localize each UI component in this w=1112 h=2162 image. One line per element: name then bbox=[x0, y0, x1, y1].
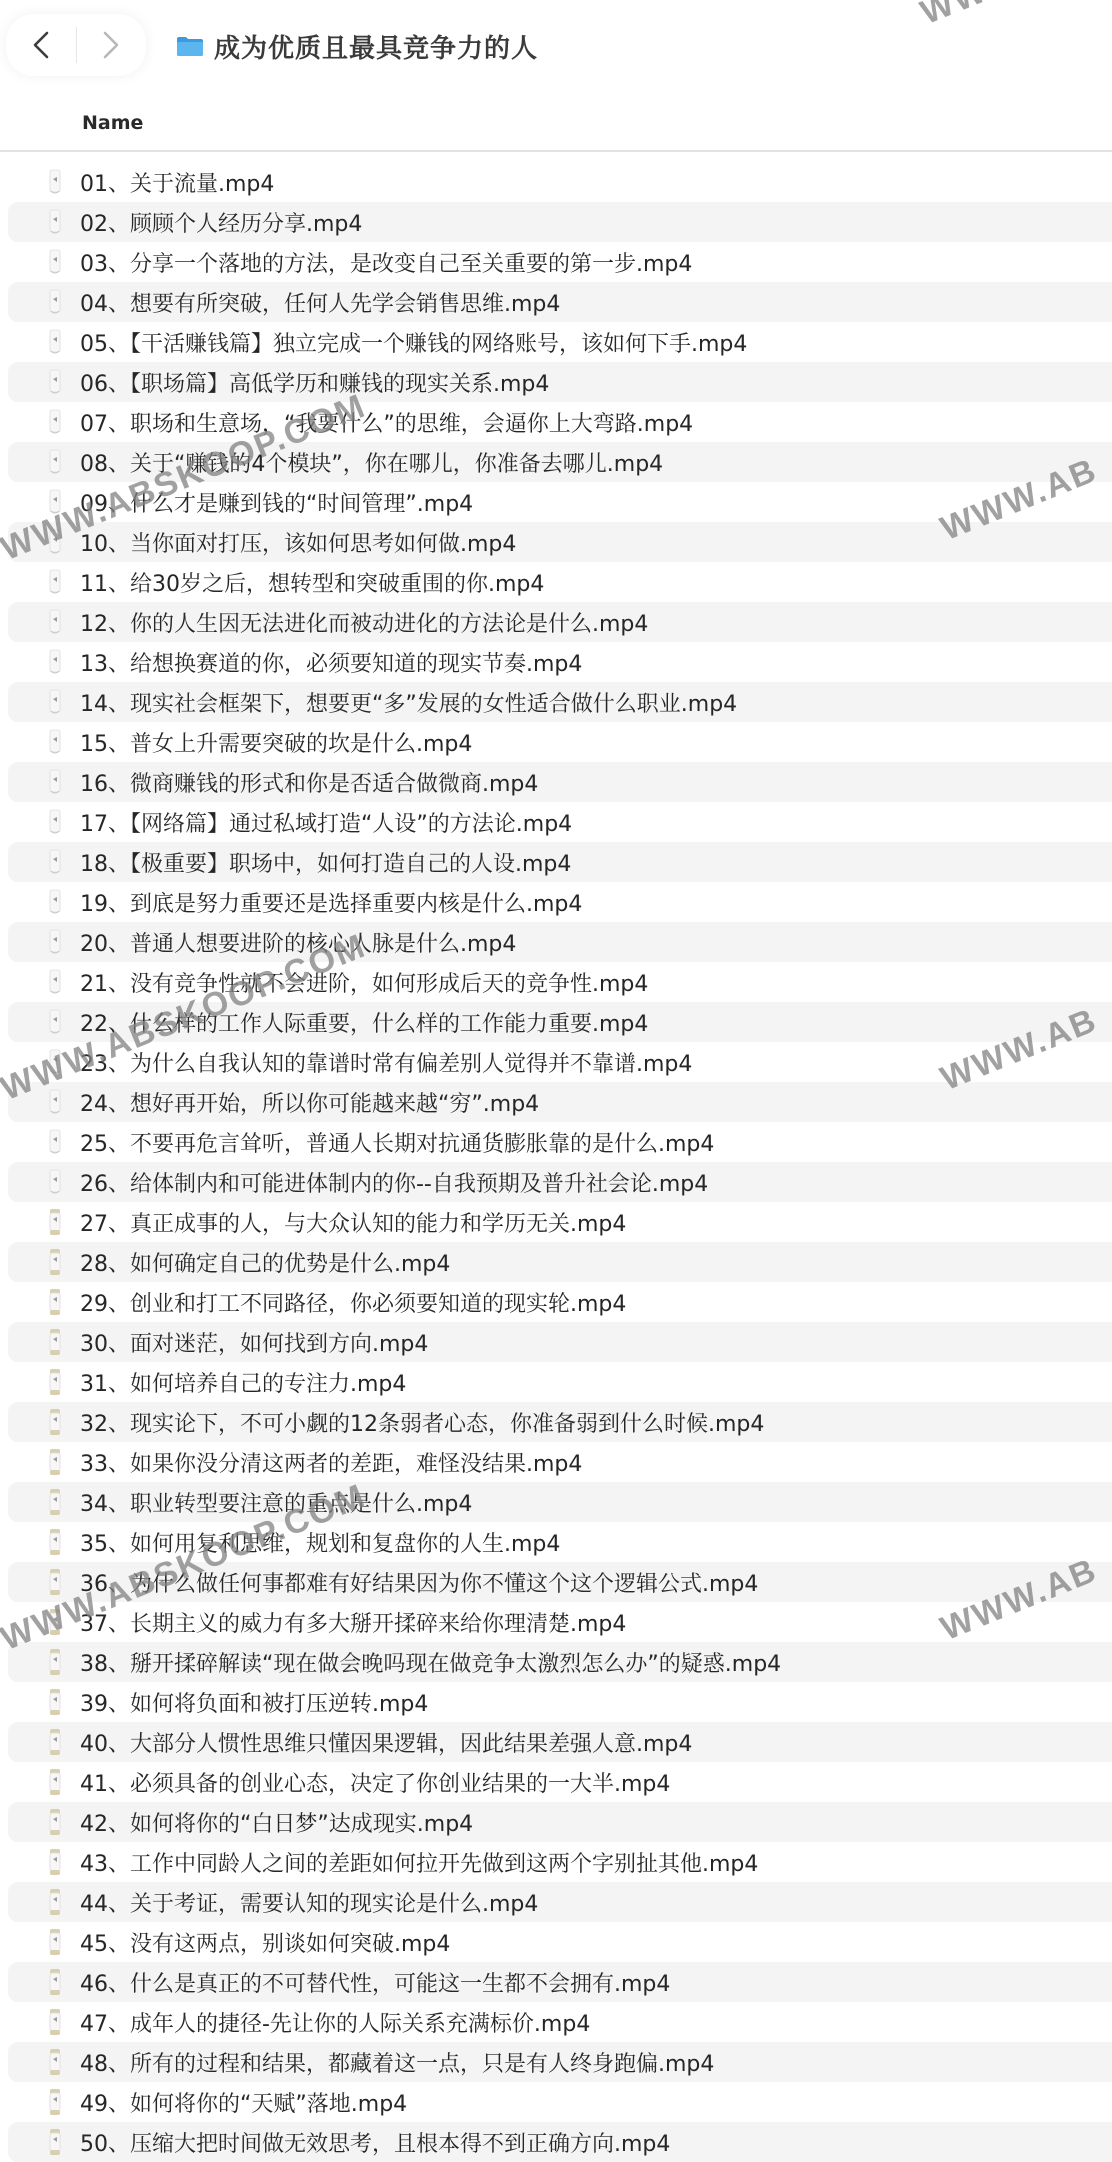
file-row[interactable]: 05、【干活赚钱篇】独立完成一个赚钱的网络账号，该如何下手.mp4 bbox=[8, 322, 1112, 362]
file-name: 11、给30岁之后，想转型和突破重围的你.mp4 bbox=[80, 567, 544, 598]
video-file-icon bbox=[48, 2009, 62, 2035]
file-row[interactable]: 47、成年人的捷径-先让你的人际关系充满标价.mp4 bbox=[8, 2002, 1112, 2042]
chevron-left-icon bbox=[30, 29, 52, 61]
chevron-right-icon bbox=[100, 29, 122, 61]
file-row[interactable]: 03、分享一个落地的方法，是改变自己至关重要的第一步.mp4 bbox=[8, 242, 1112, 282]
file-row[interactable]: 32、现实论下，不可小觑的12条弱者心态，你准备弱到什么时候.mp4 bbox=[8, 1402, 1112, 1442]
file-name: 02、顾顾个人经历分享.mp4 bbox=[80, 207, 362, 238]
file-name: 39、如何将负面和被打压逆转.mp4 bbox=[80, 1687, 428, 1718]
file-name: 45、没有这两点，别谈如何突破.mp4 bbox=[80, 1927, 450, 1958]
file-row[interactable]: 25、不要再危言耸听，普通人长期对抗通货膨胀靠的是什么.mp4 bbox=[8, 1122, 1112, 1162]
file-row[interactable]: 19、到底是努力重要还是选择重要内核是什么.mp4 bbox=[8, 882, 1112, 922]
video-file-icon bbox=[48, 969, 62, 995]
video-file-icon bbox=[48, 409, 62, 435]
video-file-icon bbox=[48, 1529, 62, 1555]
video-file-icon bbox=[48, 1009, 62, 1035]
file-row[interactable]: 12、你的人生因无法进化而被动进化的方法论是什么.mp4 bbox=[8, 602, 1112, 642]
video-file-icon bbox=[48, 2129, 62, 2155]
video-file-icon bbox=[48, 169, 62, 195]
file-name: 20、普通人想要进阶的核心人脉是什么.mp4 bbox=[80, 927, 516, 958]
column-header-row: Name bbox=[0, 100, 1112, 152]
file-name: 10、当你面对打压，该如何思考如何做.mp4 bbox=[80, 527, 516, 558]
video-file-icon bbox=[48, 1929, 62, 1955]
file-row[interactable]: 41、必须具备的创业心态，决定了你创业结果的一大半.mp4 bbox=[8, 1762, 1112, 1802]
file-name: 03、分享一个落地的方法，是改变自己至关重要的第一步.mp4 bbox=[80, 247, 692, 278]
file-name: 40、大部分人惯性思维只懂因果逻辑，因此结果差强人意.mp4 bbox=[80, 1727, 692, 1758]
video-file-icon bbox=[48, 769, 62, 795]
video-file-icon bbox=[48, 529, 62, 555]
file-name: 36、为什么做任何事都难有好结果因为你不懂这个这个逻辑公式.mp4 bbox=[80, 1567, 758, 1598]
file-row[interactable]: 31、如何培养自己的专注力.mp4 bbox=[8, 1362, 1112, 1402]
video-file-icon bbox=[48, 2089, 62, 2115]
file-row[interactable]: 28、如何确定自己的优势是什么.mp4 bbox=[8, 1242, 1112, 1282]
file-name: 34、职业转型要注意的重点是什么.mp4 bbox=[80, 1487, 472, 1518]
file-name: 37、长期主义的威力有多大掰开揉碎来给你理清楚.mp4 bbox=[80, 1607, 626, 1638]
video-file-icon bbox=[48, 449, 62, 475]
file-name: 18、【极重要】职场中，如何打造自己的人设.mp4 bbox=[80, 847, 571, 878]
video-file-icon bbox=[48, 1169, 62, 1195]
file-row[interactable]: 08、关于“赚钱的4个模块”，你在哪儿，你准备去哪儿.mp4 bbox=[8, 442, 1112, 482]
folder-icon bbox=[176, 35, 204, 57]
video-file-icon bbox=[48, 1489, 62, 1515]
file-name: 07、职场和生意场，“我要什么”的思维，会逼你上大弯路.mp4 bbox=[80, 407, 693, 438]
column-header-name[interactable]: Name bbox=[82, 112, 143, 134]
file-row[interactable]: 45、没有这两点，别谈如何突破.mp4 bbox=[8, 1922, 1112, 1962]
file-row[interactable]: 37、长期主义的威力有多大掰开揉碎来给你理清楚.mp4 bbox=[8, 1602, 1112, 1642]
file-name: 27、真正成事的人，与大众认知的能力和学历无关.mp4 bbox=[80, 1207, 626, 1238]
video-file-icon bbox=[48, 1649, 62, 1675]
file-row[interactable]: 46、什么是真正的不可替代性，可能这一生都不会拥有.mp4 bbox=[8, 1962, 1112, 2002]
file-name: 23、为什么自我认知的靠谱时常有偏差别人觉得并不靠谱.mp4 bbox=[80, 1047, 692, 1078]
video-file-icon bbox=[48, 849, 62, 875]
file-row[interactable]: 44、关于考证，需要认知的现实论是什么.mp4 bbox=[8, 1882, 1112, 1922]
file-row[interactable]: 48、所有的过程和结果，都藏着这一点，只是有人终身跑偏.mp4 bbox=[8, 2042, 1112, 2082]
file-row[interactable]: 22、什么样的工作人际重要，什么样的工作能力重要.mp4 bbox=[8, 1002, 1112, 1042]
window-title: 成为优质且最具竞争力的人 bbox=[176, 26, 538, 66]
file-name: 24、想好再开始，所以你可能越来越“穷”.mp4 bbox=[80, 1087, 539, 1118]
file-name: 41、必须具备的创业心态，决定了你创业结果的一大半.mp4 bbox=[80, 1767, 670, 1798]
file-name: 22、什么样的工作人际重要，什么样的工作能力重要.mp4 bbox=[80, 1007, 648, 1038]
file-name: 33、如果你没分清这两者的差距，难怪没结果.mp4 bbox=[80, 1447, 582, 1478]
file-row[interactable]: 02、顾顾个人经历分享.mp4 bbox=[8, 202, 1112, 242]
back-button[interactable] bbox=[6, 14, 76, 76]
file-row[interactable]: 35、如何用复利思维，规划和复盘你的人生.mp4 bbox=[8, 1522, 1112, 1562]
file-name: 21、没有竞争性就不会进阶，如何形成后天的竞争性.mp4 bbox=[80, 967, 648, 998]
file-name: 19、到底是努力重要还是选择重要内核是什么.mp4 bbox=[80, 887, 582, 918]
file-row[interactable]: 36、为什么做任何事都难有好结果因为你不懂这个这个逻辑公式.mp4 bbox=[8, 1562, 1112, 1602]
video-file-icon bbox=[48, 1249, 62, 1275]
video-file-icon bbox=[48, 249, 62, 275]
video-file-icon bbox=[48, 1089, 62, 1115]
file-row[interactable]: 34、职业转型要注意的重点是什么.mp4 bbox=[8, 1482, 1112, 1522]
file-row[interactable]: 18、【极重要】职场中，如何打造自己的人设.mp4 bbox=[8, 842, 1112, 882]
file-name: 42、如何将你的“白日梦”达成现实.mp4 bbox=[80, 1807, 473, 1838]
file-name: 38、掰开揉碎解读“现在做会晚吗现在做竞争太激烈怎么办”的疑惑.mp4 bbox=[80, 1647, 781, 1678]
video-file-icon bbox=[48, 889, 62, 915]
file-row[interactable]: 17、【网络篇】通过私域打造“人设”的方法论.mp4 bbox=[8, 802, 1112, 842]
file-name: 06、【职场篇】高低学历和赚钱的现实关系.mp4 bbox=[80, 367, 549, 398]
file-row[interactable]: 33、如果你没分清这两者的差距，难怪没结果.mp4 bbox=[8, 1442, 1112, 1482]
video-file-icon bbox=[48, 1329, 62, 1355]
file-row[interactable]: 43、工作中同龄人之间的差距如何拉开先做到这两个字别扯其他.mp4 bbox=[8, 1842, 1112, 1882]
video-file-icon bbox=[48, 1409, 62, 1435]
video-file-icon bbox=[48, 1449, 62, 1475]
file-name: 32、现实论下，不可小觑的12条弱者心态，你准备弱到什么时候.mp4 bbox=[80, 1407, 764, 1438]
video-file-icon bbox=[48, 1689, 62, 1715]
file-row[interactable]: 16、微商赚钱的形式和你是否适合做微商.mp4 bbox=[8, 762, 1112, 802]
file-name: 26、给体制内和可能进体制内的你--自我预期及普升社会论.mp4 bbox=[80, 1167, 708, 1198]
video-file-icon bbox=[48, 1769, 62, 1795]
file-row[interactable]: 13、给想换赛道的你，必须要知道的现实节奏.mp4 bbox=[8, 642, 1112, 682]
file-row[interactable]: 15、普女上升需要突破的坎是什么.mp4 bbox=[8, 722, 1112, 762]
file-list: 01、关于流量.mp402、顾顾个人经历分享.mp403、分享一个落地的方法，是… bbox=[0, 162, 1112, 2162]
video-file-icon bbox=[48, 1609, 62, 1635]
file-row[interactable]: 14、现实社会框架下，想要更“多”发展的女性适合做什么职业.mp4 bbox=[8, 682, 1112, 722]
file-name: 05、【干活赚钱篇】独立完成一个赚钱的网络账号，该如何下手.mp4 bbox=[80, 327, 747, 358]
video-file-icon bbox=[48, 289, 62, 315]
file-name: 50、压缩大把时间做无效思考，且根本得不到正确方向.mp4 bbox=[80, 2127, 670, 2158]
file-row[interactable]: 39、如何将负面和被打压逆转.mp4 bbox=[8, 1682, 1112, 1722]
file-row[interactable]: 10、当你面对打压，该如何思考如何做.mp4 bbox=[8, 522, 1112, 562]
file-name: 01、关于流量.mp4 bbox=[80, 167, 274, 198]
file-name: 13、给想换赛道的你，必须要知道的现实节奏.mp4 bbox=[80, 647, 582, 678]
file-row[interactable]: 49、如何将你的“天赋”落地.mp4 bbox=[8, 2082, 1112, 2122]
file-row[interactable]: 24、想好再开始，所以你可能越来越“穷”.mp4 bbox=[8, 1082, 1112, 1122]
video-file-icon bbox=[48, 1129, 62, 1155]
file-name: 29、创业和打工不同路径，你必须要知道的现实轮.mp4 bbox=[80, 1287, 626, 1318]
file-name: 44、关于考证，需要认知的现实论是什么.mp4 bbox=[80, 1887, 538, 1918]
file-name: 12、你的人生因无法进化而被动进化的方法论是什么.mp4 bbox=[80, 607, 648, 638]
file-row[interactable]: 40、大部分人惯性思维只懂因果逻辑，因此结果差强人意.mp4 bbox=[8, 1722, 1112, 1762]
file-name: 31、如何培养自己的专注力.mp4 bbox=[80, 1367, 406, 1398]
video-file-icon bbox=[48, 209, 62, 235]
file-row[interactable]: 38、掰开揉碎解读“现在做会晚吗现在做竞争太激烈怎么办”的疑惑.mp4 bbox=[8, 1642, 1112, 1682]
file-row[interactable]: 50、压缩大把时间做无效思考，且根本得不到正确方向.mp4 bbox=[8, 2122, 1112, 2162]
video-file-icon bbox=[48, 369, 62, 395]
file-row[interactable]: 09、什么才是赚到钱的“时间管理”.mp4 bbox=[8, 482, 1112, 522]
file-row[interactable]: 07、职场和生意场，“我要什么”的思维，会逼你上大弯路.mp4 bbox=[8, 402, 1112, 442]
video-file-icon bbox=[48, 689, 62, 715]
folder-title: 成为优质且最具竞争力的人 bbox=[214, 28, 538, 65]
video-file-icon bbox=[48, 1889, 62, 1915]
file-name: 15、普女上升需要突破的坎是什么.mp4 bbox=[80, 727, 472, 758]
video-file-icon bbox=[48, 329, 62, 355]
video-file-icon bbox=[48, 609, 62, 635]
file-name: 09、什么才是赚到钱的“时间管理”.mp4 bbox=[80, 487, 473, 518]
file-row[interactable]: 11、给30岁之后，想转型和突破重围的你.mp4 bbox=[8, 562, 1112, 602]
file-name: 30、面对迷茫，如何找到方向.mp4 bbox=[80, 1327, 428, 1358]
file-name: 48、所有的过程和结果，都藏着这一点，只是有人终身跑偏.mp4 bbox=[80, 2047, 714, 2078]
file-row[interactable]: 04、想要有所突破，任何人先学会销售思维.mp4 bbox=[8, 282, 1112, 322]
video-file-icon bbox=[48, 1209, 62, 1235]
nav-button-group bbox=[6, 14, 146, 76]
file-row[interactable]: 42、如何将你的“白日梦”达成现实.mp4 bbox=[8, 1802, 1112, 1842]
finder-toolbar: 成为优质且最具竞争力的人 bbox=[0, 0, 1112, 90]
file-row[interactable]: 30、面对迷茫，如何找到方向.mp4 bbox=[8, 1322, 1112, 1362]
video-file-icon bbox=[48, 729, 62, 755]
file-name: 49、如何将你的“天赋”落地.mp4 bbox=[80, 2087, 407, 2118]
file-name: 35、如何用复利思维，规划和复盘你的人生.mp4 bbox=[80, 1527, 560, 1558]
video-file-icon bbox=[48, 1809, 62, 1835]
video-file-icon bbox=[48, 2049, 62, 2075]
file-name: 08、关于“赚钱的4个模块”，你在哪儿，你准备去哪儿.mp4 bbox=[80, 447, 663, 478]
video-file-icon bbox=[48, 929, 62, 955]
video-file-icon bbox=[48, 569, 62, 595]
file-name: 04、想要有所突破，任何人先学会销售思维.mp4 bbox=[80, 287, 560, 318]
file-name: 14、现实社会框架下，想要更“多”发展的女性适合做什么职业.mp4 bbox=[80, 687, 737, 718]
video-file-icon bbox=[48, 649, 62, 675]
forward-button[interactable] bbox=[77, 14, 147, 76]
file-name: 25、不要再危言耸听，普通人长期对抗通货膨胀靠的是什么.mp4 bbox=[80, 1127, 714, 1158]
video-file-icon bbox=[48, 1049, 62, 1075]
video-file-icon bbox=[48, 1849, 62, 1875]
file-name: 46、什么是真正的不可替代性，可能这一生都不会拥有.mp4 bbox=[80, 1967, 670, 1998]
file-name: 16、微商赚钱的形式和你是否适合做微商.mp4 bbox=[80, 767, 538, 798]
file-row[interactable]: 01、关于流量.mp4 bbox=[8, 162, 1112, 202]
file-row[interactable]: 06、【职场篇】高低学历和赚钱的现实关系.mp4 bbox=[8, 362, 1112, 402]
file-name: 28、如何确定自己的优势是什么.mp4 bbox=[80, 1247, 450, 1278]
file-name: 17、【网络篇】通过私域打造“人设”的方法论.mp4 bbox=[80, 807, 572, 838]
video-file-icon bbox=[48, 1289, 62, 1315]
video-file-icon bbox=[48, 1369, 62, 1395]
video-file-icon bbox=[48, 1729, 62, 1755]
video-file-icon bbox=[48, 809, 62, 835]
file-name: 43、工作中同龄人之间的差距如何拉开先做到这两个字别扯其他.mp4 bbox=[80, 1847, 758, 1878]
video-file-icon bbox=[48, 1569, 62, 1595]
file-row[interactable]: 29、创业和打工不同路径，你必须要知道的现实轮.mp4 bbox=[8, 1282, 1112, 1322]
file-row[interactable]: 27、真正成事的人，与大众认知的能力和学历无关.mp4 bbox=[8, 1202, 1112, 1242]
file-row[interactable]: 20、普通人想要进阶的核心人脉是什么.mp4 bbox=[8, 922, 1112, 962]
video-file-icon bbox=[48, 1969, 62, 1995]
file-name: 47、成年人的捷径-先让你的人际关系充满标价.mp4 bbox=[80, 2007, 590, 2038]
file-row[interactable]: 23、为什么自我认知的靠谱时常有偏差别人觉得并不靠谱.mp4 bbox=[8, 1042, 1112, 1082]
file-row[interactable]: 21、没有竞争性就不会进阶，如何形成后天的竞争性.mp4 bbox=[8, 962, 1112, 1002]
video-file-icon bbox=[48, 489, 62, 515]
file-row[interactable]: 26、给体制内和可能进体制内的你--自我预期及普升社会论.mp4 bbox=[8, 1162, 1112, 1202]
